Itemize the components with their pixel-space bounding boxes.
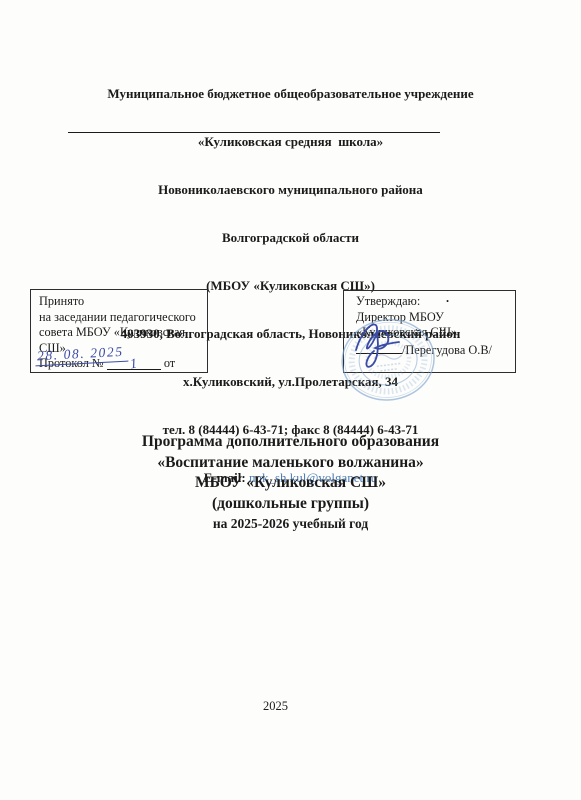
program-title-line: МБОУ «Куликовская СШ» [0, 473, 581, 494]
footer-year: 2025 [0, 699, 551, 714]
program-title-line: Программа дополнительного образования [0, 432, 581, 453]
org-name-line: Волгоградской области [0, 230, 581, 246]
protocol-suffix: от [164, 356, 175, 370]
stray-dot-mark: . [446, 291, 449, 307]
document-page: Муниципальное бюджетное общеобразователь… [0, 0, 581, 800]
org-name-line: Муниципальное бюджетное общеобразователь… [0, 86, 581, 102]
org-name-line: «Куликовская средняя школа» [0, 134, 581, 150]
address-line: х.Куликовский, ул.Пролетарская, 34 [0, 374, 581, 390]
approved-line: «Куликовская СШ» [356, 325, 511, 341]
program-year-line: на 2025-2026 учебный год [0, 514, 581, 533]
letterhead-underline [68, 132, 440, 133]
accepted-box: Принято на заседании педагогического сов… [30, 289, 208, 373]
approved-box: . Утверждаю: Директор МБОУ «Куликовская … [343, 290, 516, 373]
program-title-block: Программа дополнительного образования «В… [0, 432, 581, 533]
program-title-line: (дошкольные группы) [0, 494, 581, 515]
signature-line: /Перегудова О.В/ [356, 341, 511, 359]
program-title-line: «Воспитание маленького волжанина» [0, 453, 581, 474]
protocol-number-handwritten: 1 [129, 357, 138, 373]
org-name-line: Новониколаевского муниципального района [0, 182, 581, 198]
signature-blank [356, 341, 402, 354]
approved-line: Утверждаю: [356, 294, 511, 310]
approved-line: Директор МБОУ [356, 310, 511, 326]
accepted-line: Принято [39, 294, 203, 310]
accepted-line: на заседании педагогического [39, 310, 203, 326]
director-name: /Перегудова О.В/ [402, 343, 492, 357]
